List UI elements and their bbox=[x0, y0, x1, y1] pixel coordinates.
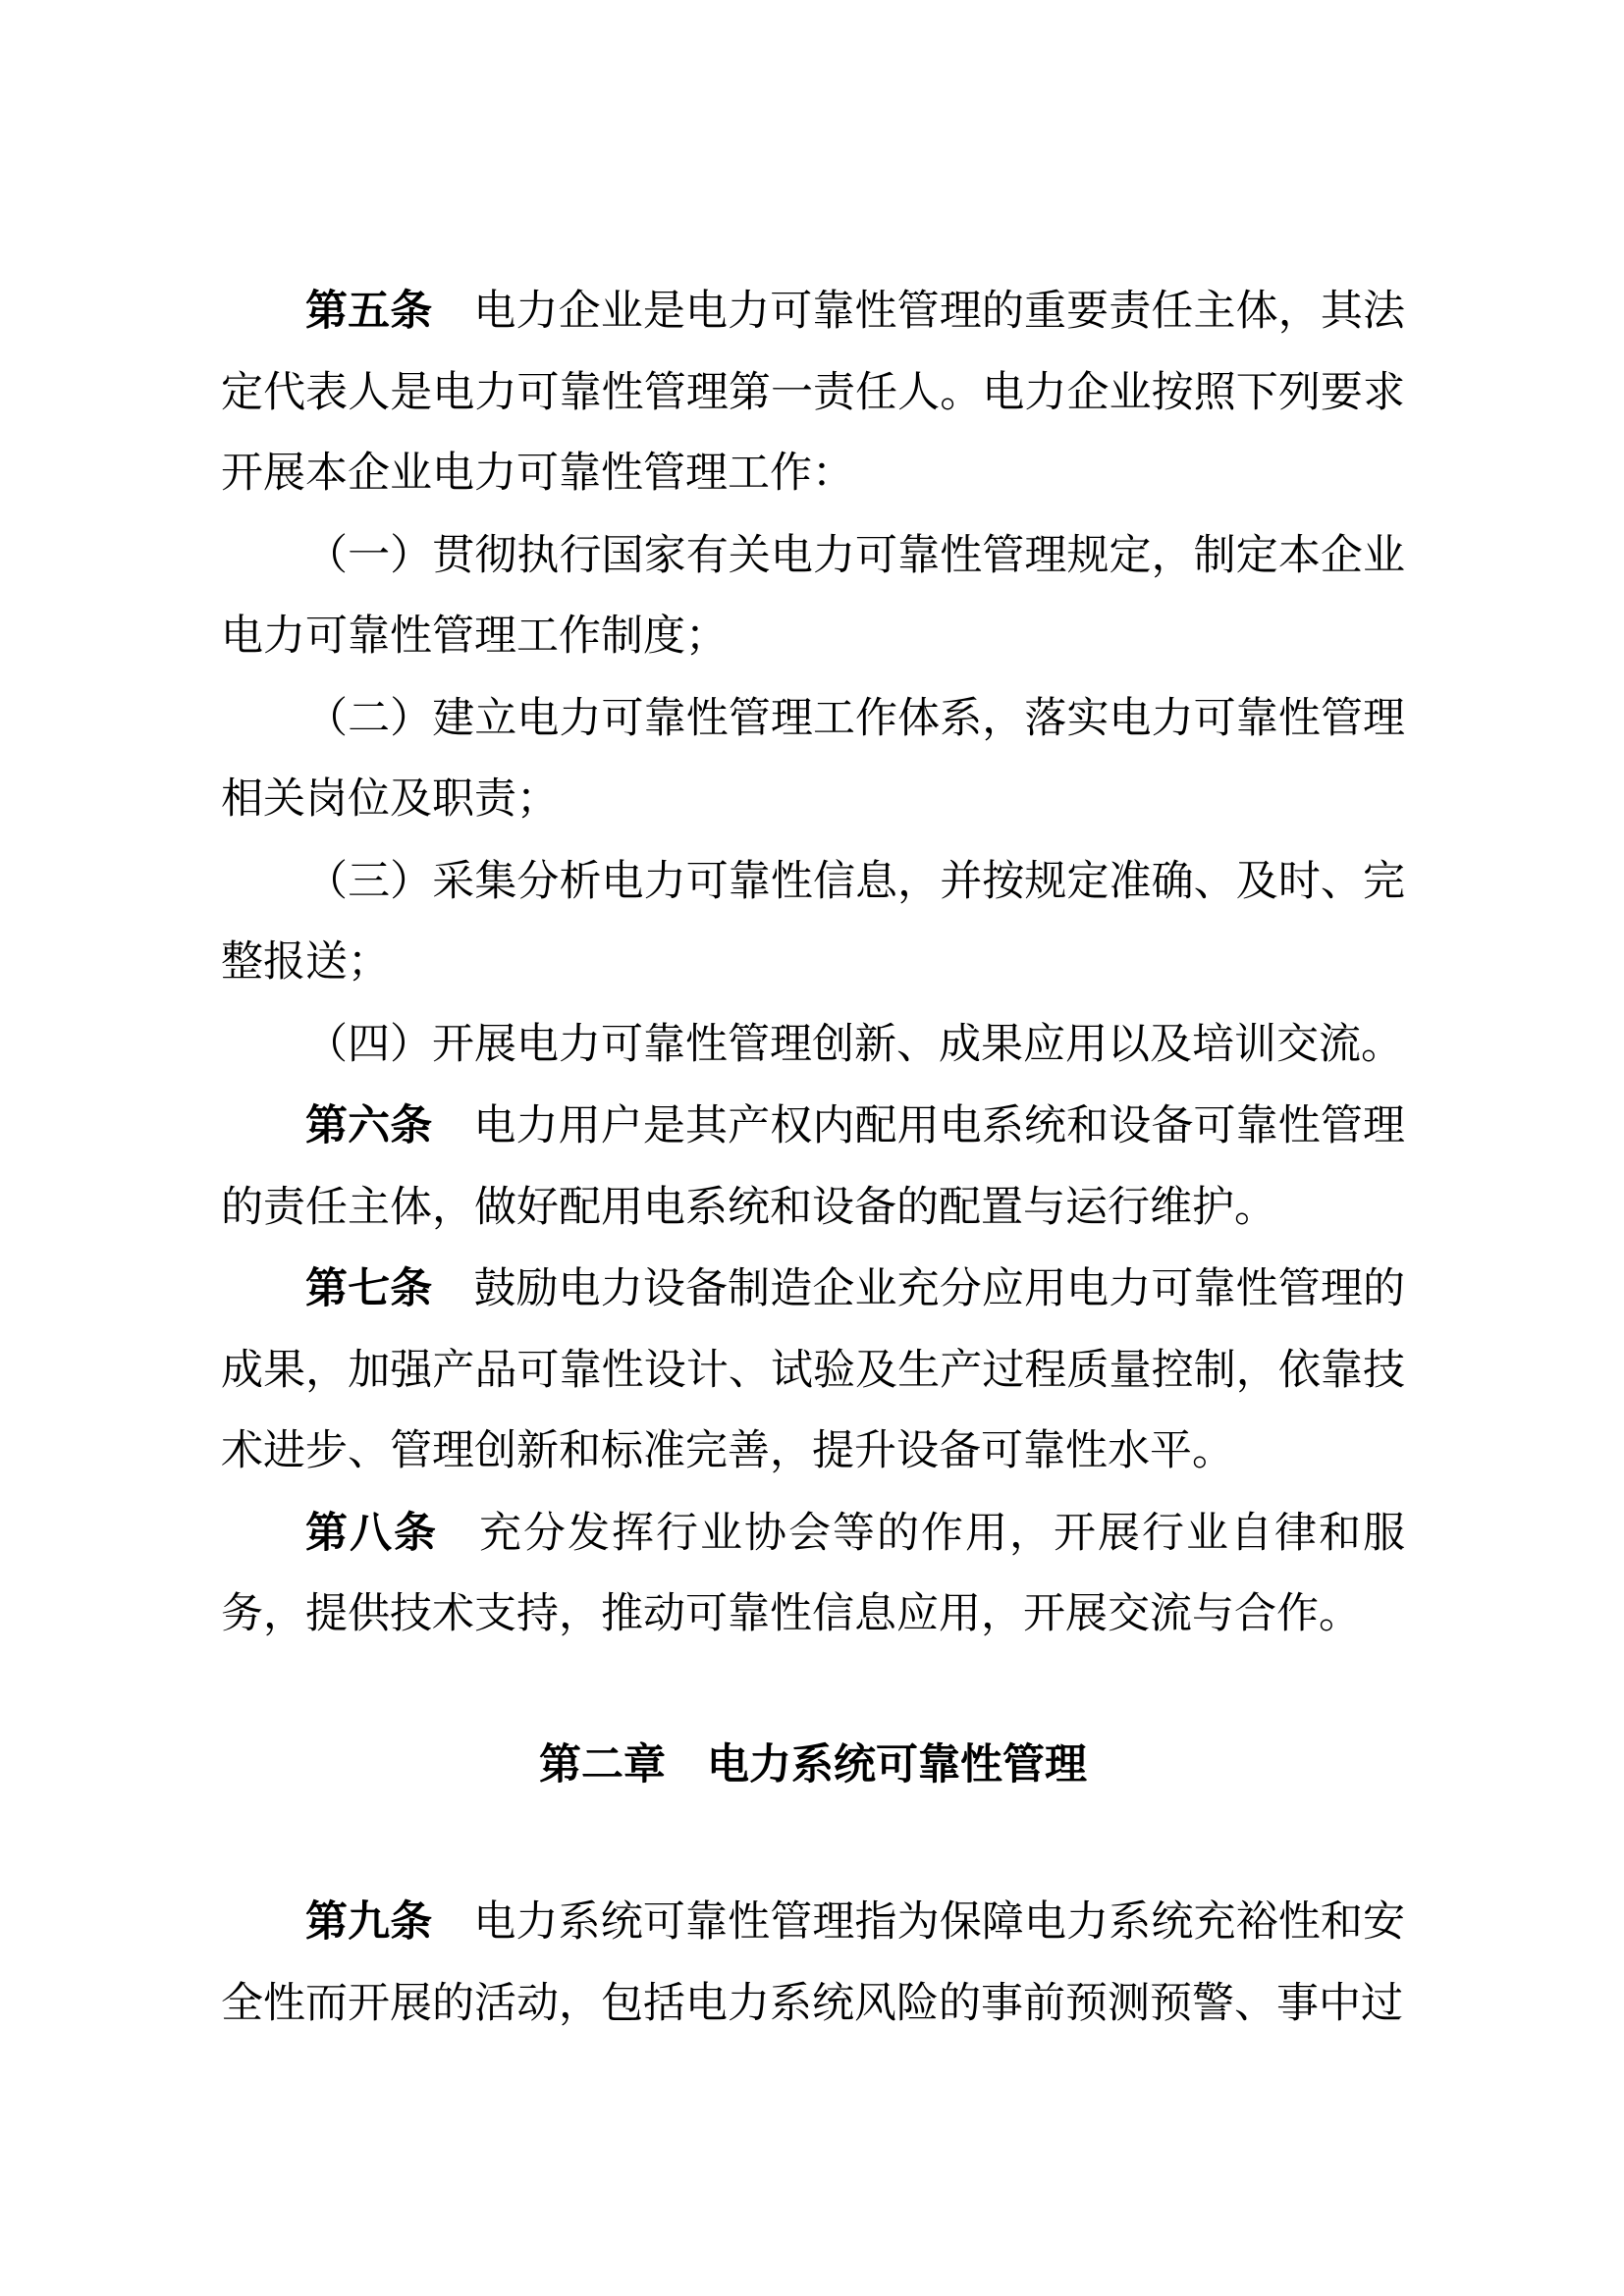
document-content: 第五条电力企业是电力可靠性管理的重要责任主体，其法定代表人是电力可靠性管理第一责… bbox=[221, 271, 1405, 2045]
chapter-heading: 第二章电力系统可靠性管理 bbox=[221, 1725, 1405, 1806]
chapter-number: 第二章 bbox=[539, 1741, 666, 1789]
article-paragraph: 第八条充分发挥行业协会等的作用，开展行业自律和服务，提供技术支持，推动可靠性信息… bbox=[221, 1493, 1405, 1656]
list-item-paragraph: （二）建立电力可靠性管理工作体系，落实电力可靠性管理相关岗位及职责； bbox=[221, 678, 1405, 841]
article-paragraph: 第七条鼓励电力设备制造企业充分应用电力可靠性管理的成果，加强产品可靠性设计、试验… bbox=[221, 1249, 1405, 1493]
article-number: 第六条 bbox=[305, 1102, 432, 1149]
list-item-paragraph: （三）采集分析电力可靠性信息，并按规定准确、及时、完整报送； bbox=[221, 841, 1405, 1004]
article-number: 第九条 bbox=[305, 1898, 432, 1946]
article-number: 第八条 bbox=[305, 1510, 438, 1557]
chapter-title: 电力系统可靠性管理 bbox=[707, 1741, 1087, 1789]
document-page: 第五条电力企业是电力可靠性管理的重要责任主体，其法定代表人是电力可靠性管理第一责… bbox=[0, 0, 1624, 2296]
article-text: （三）采集分析电力可靠性信息，并按规定准确、及时、完整报送； bbox=[221, 859, 1405, 987]
list-item-paragraph: （一）贯彻执行国家有关电力可靠性管理规定，制定本企业电力可靠性管理工作制度； bbox=[221, 515, 1405, 678]
article-number: 第七条 bbox=[305, 1265, 432, 1312]
article-text: （一）贯彻执行国家有关电力可靠性管理规定，制定本企业电力可靠性管理工作制度； bbox=[221, 533, 1405, 661]
article-paragraph: 第六条电力用户是其产权内配用电系统和设备可靠性管理的责任主体，做好配用电系统和设… bbox=[221, 1086, 1405, 1249]
article-paragraph: 第五条电力企业是电力可靠性管理的重要责任主体，其法定代表人是电力可靠性管理第一责… bbox=[221, 271, 1405, 515]
article-text: （四）开展电力可靠性管理创新、成果应用以及培训交流。 bbox=[305, 1022, 1403, 1068]
article-paragraph: 第九条电力系统可靠性管理指为保障电力系统充裕性和安全性而开展的活动，包括电力系统… bbox=[221, 1882, 1405, 2045]
list-item-paragraph: （四）开展电力可靠性管理创新、成果应用以及培训交流。 bbox=[221, 1004, 1405, 1087]
article-text: （二）建立电力可靠性管理工作体系，落实电力可靠性管理相关岗位及职责； bbox=[221, 696, 1405, 824]
article-number: 第五条 bbox=[305, 288, 432, 335]
